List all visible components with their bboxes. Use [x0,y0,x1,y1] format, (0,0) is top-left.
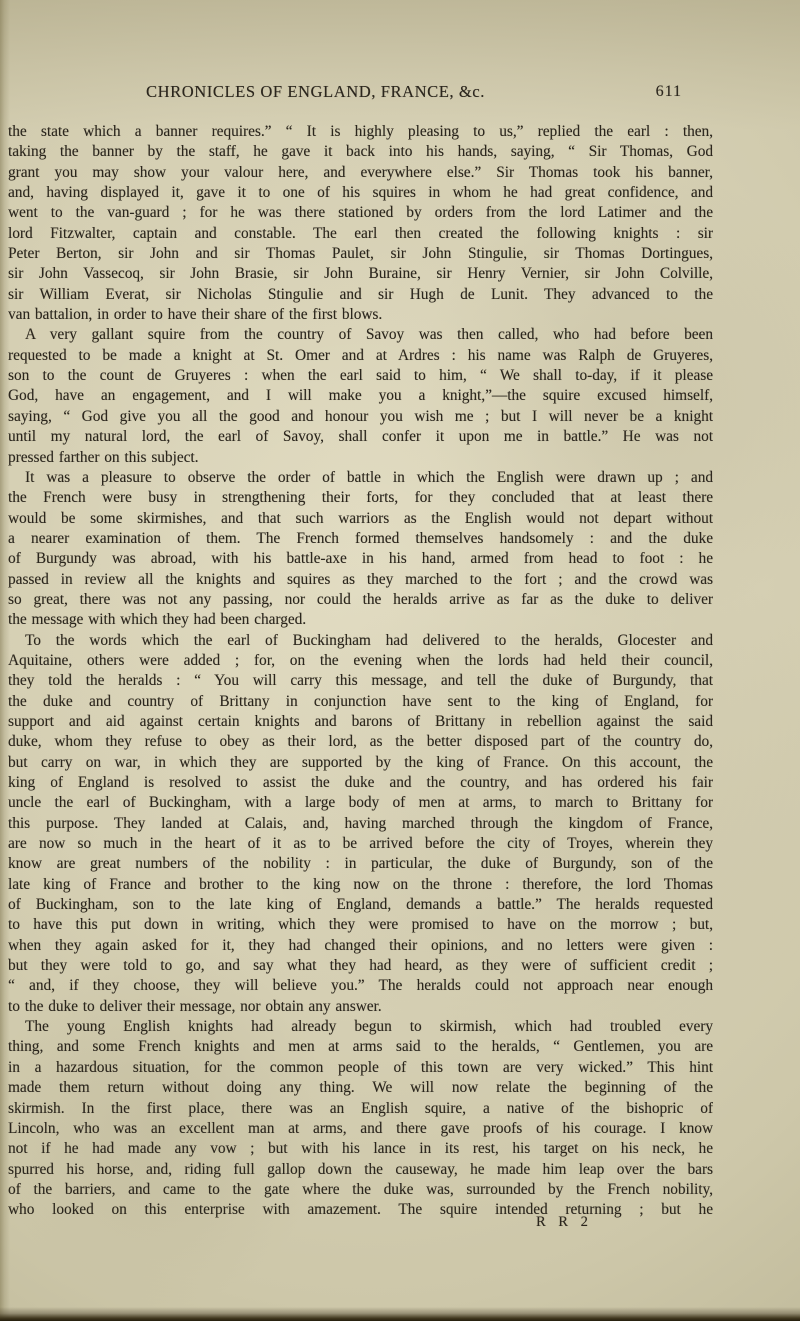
text-line: passed in review all the knights and squ… [8,570,713,590]
text-line: the French were busy in strengthening th… [8,488,713,508]
running-header: CHRONICLES OF ENGLAND, FRANCE, &c. [146,82,485,102]
book-page: CHRONICLES OF ENGLAND, FRANCE, &c. 611 t… [0,0,800,1321]
text-line: the message with which they had been cha… [8,610,713,630]
text-line: God, have an engagement, and I will make… [8,386,713,406]
text-line: not if he had made any vow ; but with hi… [8,1139,713,1159]
text-line: duke, whom they refuse to obey as their … [8,732,713,752]
page-number: 611 [656,83,682,101]
text-line: to have this put down in writing, which … [8,915,713,935]
text-line: a nearer examination of them. The French… [8,529,713,549]
text-line: lord Fitzwalter, captain and constable. … [8,224,713,244]
text-line: so great, there was not any passing, nor… [8,590,713,610]
text-line: A very gallant squire from the country o… [8,325,713,345]
text-line: Aquitaine, others were added ; for, on t… [8,651,713,671]
signature-mark: R R 2 [536,1214,592,1231]
text-line: until my natural lord, the earl of Savoy… [8,427,713,447]
text-line: thing, and some French knights and men a… [8,1037,713,1057]
text-line: who looked on this enterprise with amaze… [8,1200,713,1220]
text-line: pressed farther on this subject. [8,448,713,468]
text-line: The young English knights had already be… [8,1017,713,1037]
text-line: requested to be made a knight at St. Ome… [8,346,713,366]
text-line: To the words which the earl of Buckingha… [8,631,713,651]
text-line: sir William Everat, sir Nicholas Stingul… [8,285,713,305]
text-line: taking the banner by the staff, he gave … [8,142,713,162]
text-line: grant you may show your valour here, and… [8,163,713,183]
text-line: know are great numbers of the nobility :… [8,854,713,874]
text-line: when they again asked for it, they had c… [8,936,713,956]
text-line: would be some skirmishes, and that such … [8,509,713,529]
text-line: spurred his horse, and, riding full gall… [8,1160,713,1180]
paper-top-shade [0,0,800,130]
text-line: king of England is resolved to assist th… [8,773,713,793]
text-line: of the barriers, and came to the gate wh… [8,1180,713,1200]
text-line: It was a pleasure to observe the order o… [8,468,713,488]
text-line: van battalion, in order to have their sh… [8,305,713,325]
text-line: skirmish. In the first place, there was … [8,1099,713,1119]
text-line: and, having displayed it, gave it to one… [8,183,713,203]
body-text: the state which a banner requires.” “ It… [8,122,713,1221]
text-line: “ and, if they choose, they will believe… [8,976,713,996]
text-line: sir John Vassecoq, sir John Brasie, sir … [8,264,713,284]
text-line: made them return without doing any thing… [8,1078,713,1098]
text-line: son to the count de Gruyeres : when the … [8,366,713,386]
text-line: went to the van-guard ; for he was there… [8,203,713,223]
page-bottom-edge-shadow [0,1307,800,1321]
text-line: they told the heralds : “ You will carry… [8,671,713,691]
text-line: the duke and country of Brittany in conj… [8,692,713,712]
text-line: saying, “ God give you all the good and … [8,407,713,427]
text-line: to the duke to deliver their message, no… [8,997,713,1017]
text-line: late king of France and brother to the k… [8,875,713,895]
text-line: of Buckingham, son to the late king of E… [8,895,713,915]
text-line: of Burgundy was abroad, with his battle-… [8,549,713,569]
text-line: in a hazardous situation, for the common… [8,1058,713,1078]
text-line: Lincoln, who was an excellent man at arm… [8,1119,713,1139]
text-line: are now so much in the heart of it as to… [8,834,713,854]
text-line: uncle the earl of Buckingham, with a lar… [8,793,713,813]
text-line: the state which a banner requires.” “ It… [8,122,713,142]
text-line: but they were told to go, and say what t… [8,956,713,976]
text-line: support and aid against certain knights … [8,712,713,732]
text-line: Peter Berton, sir John and sir Thomas Pa… [8,244,713,264]
text-line: this purpose. They landed at Calais, and… [8,814,713,834]
text-line: but carry on war, in which they are supp… [8,753,713,773]
